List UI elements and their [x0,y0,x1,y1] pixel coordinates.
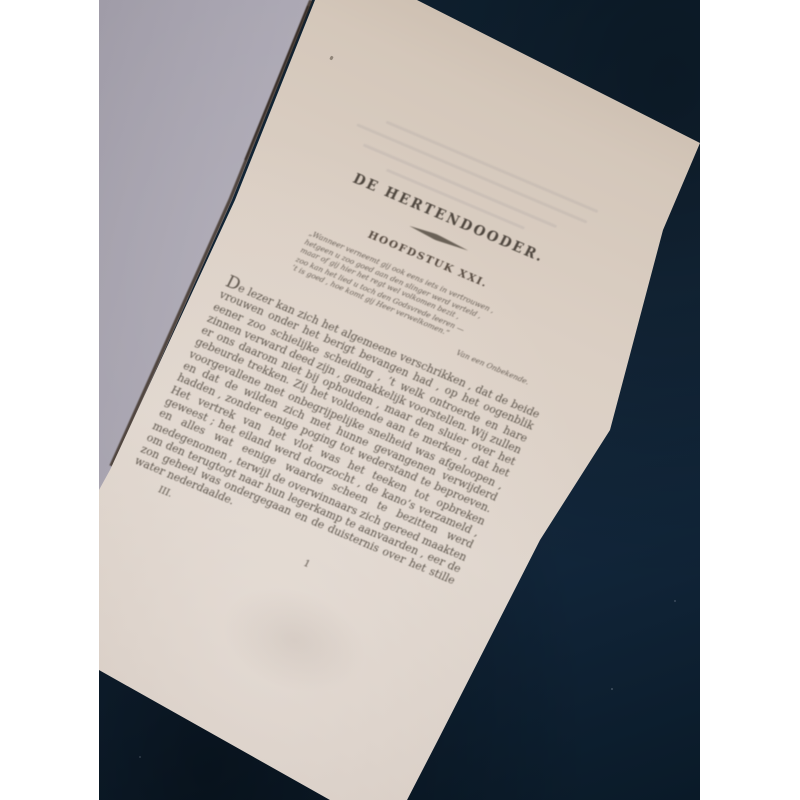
photo-canvas: DE HERTENDOODER. HOOFDSTUK XXI. „Wanneer… [0,0,800,800]
signature-mark: III. [156,484,174,499]
dust-speck [611,688,613,690]
page-number: 1 [302,558,313,570]
dust-speck [139,756,141,758]
dust-speck [674,600,676,602]
book-photo: DE HERTENDOODER. HOOFDSTUK XXI. „Wanneer… [99,0,700,800]
